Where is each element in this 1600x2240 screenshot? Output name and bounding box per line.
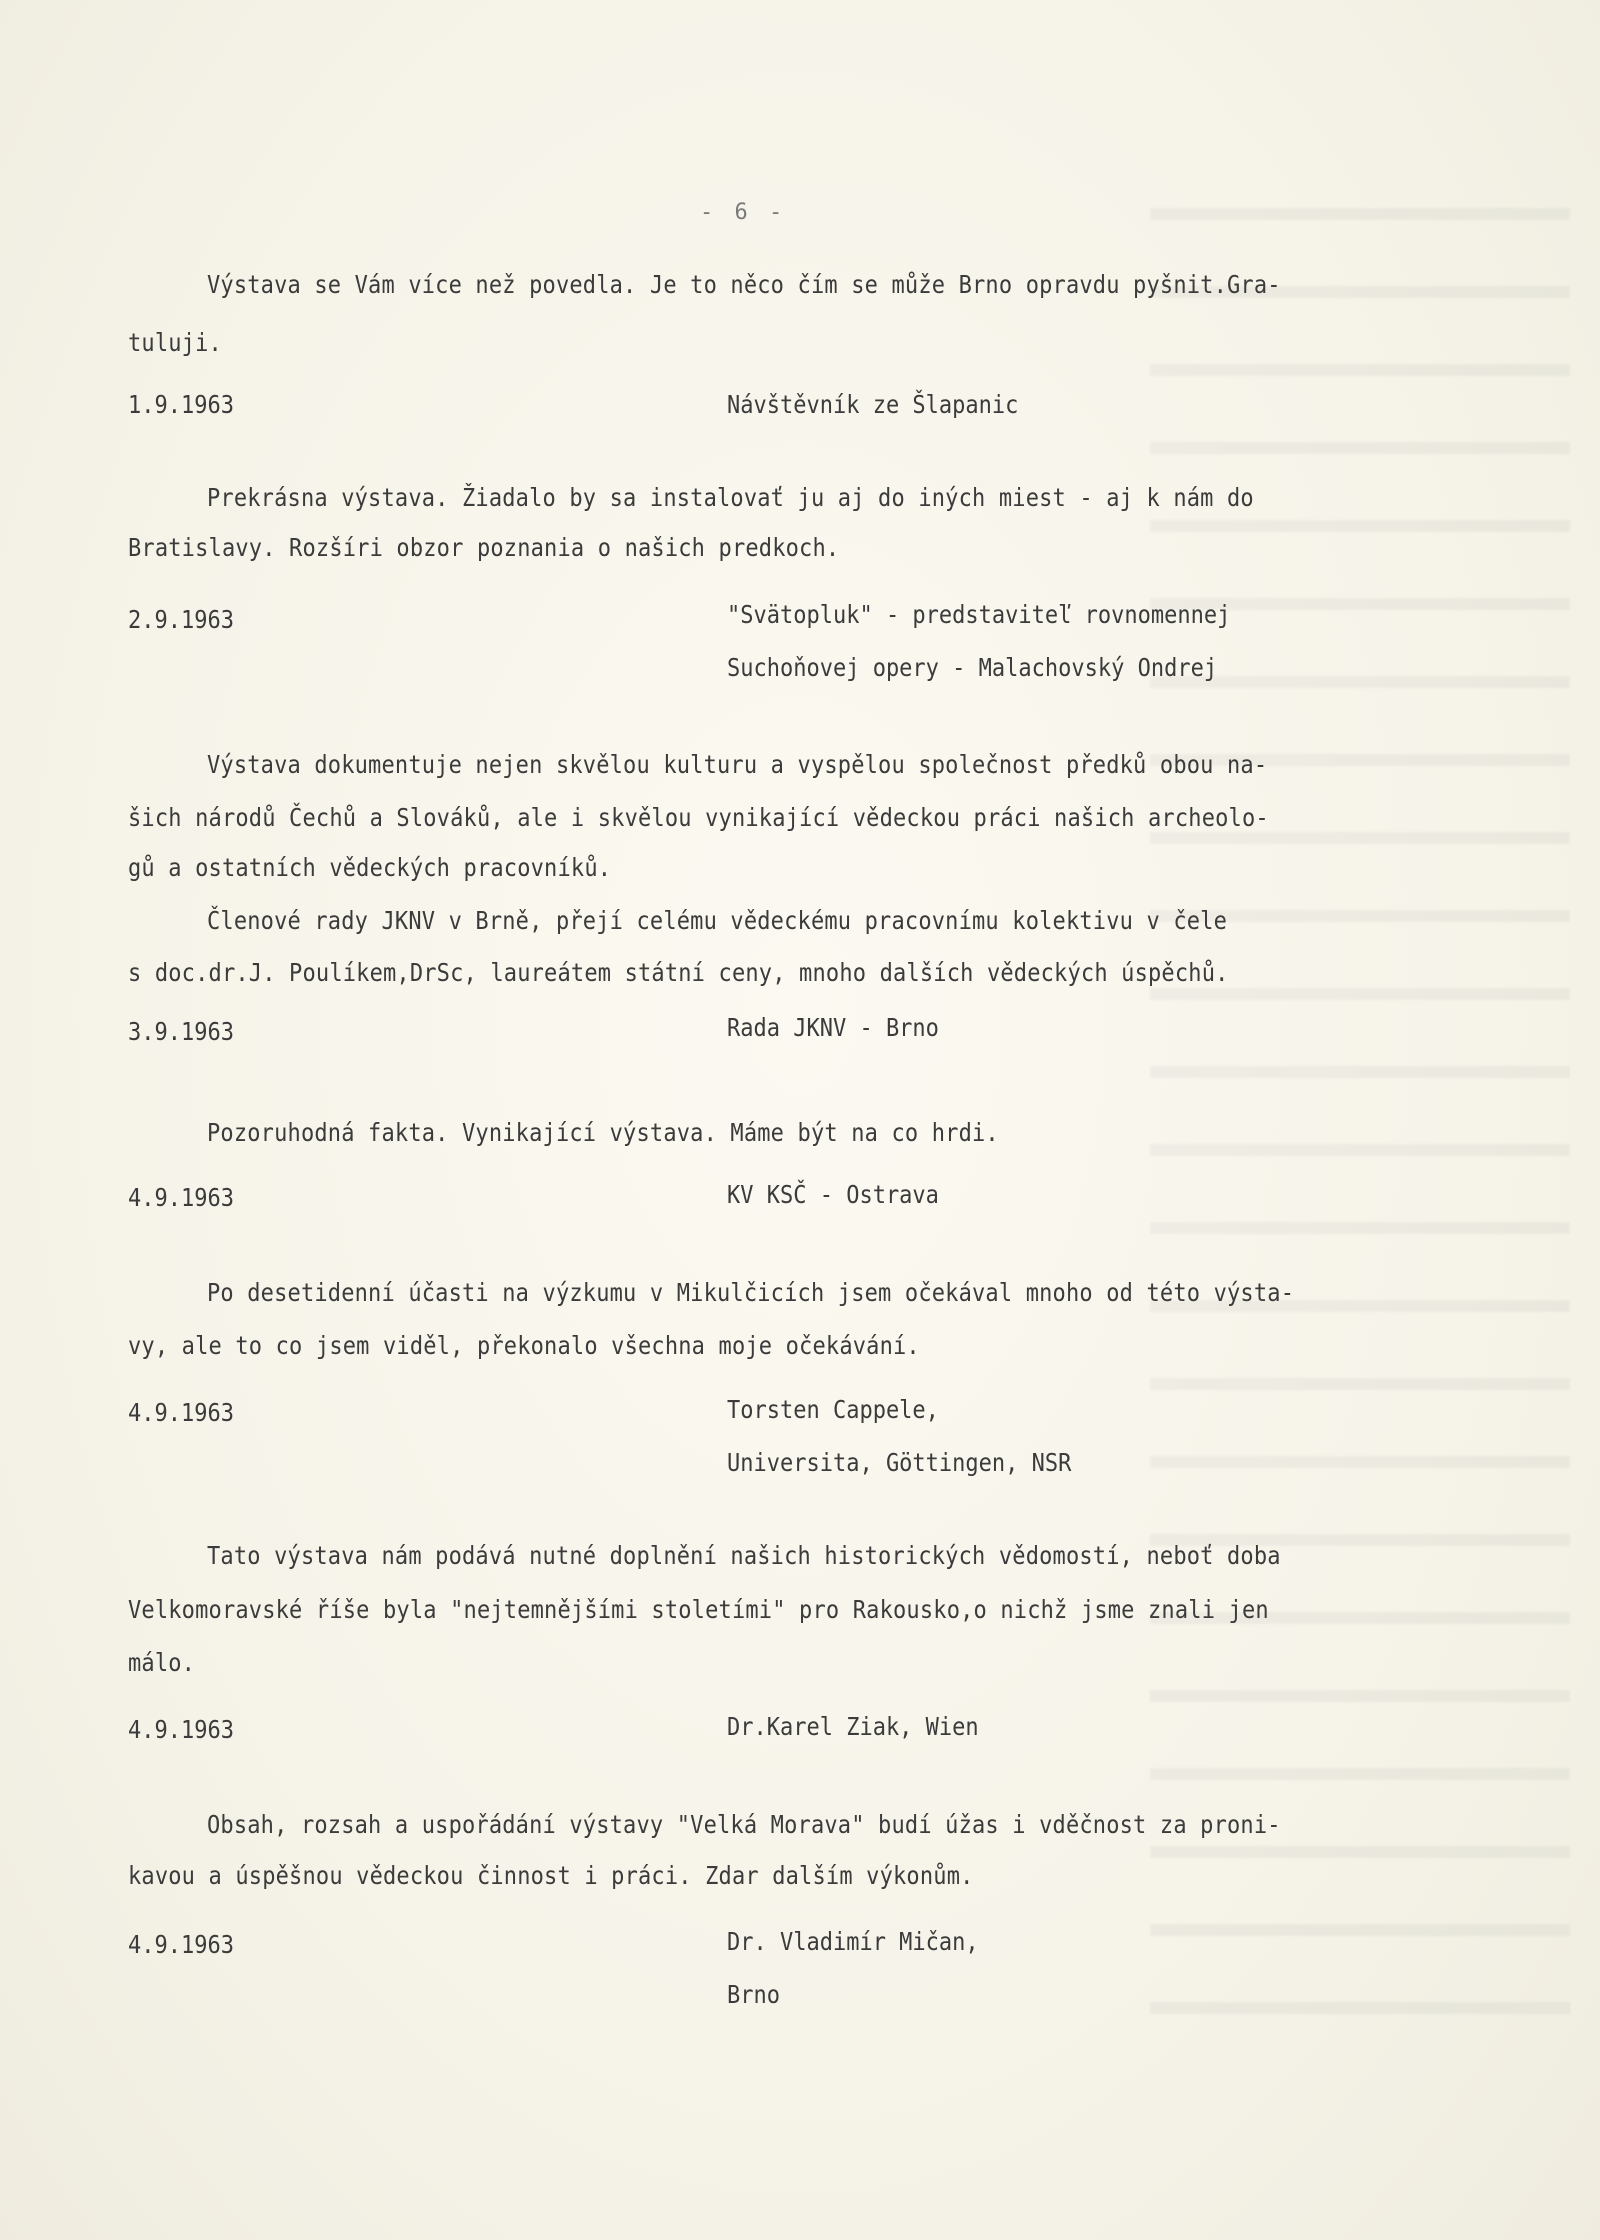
- entry-signature: Rada JKNV - Brno: [727, 1013, 939, 1042]
- entry-signature: Suchoňovej opery - Malachovský Ondrej: [727, 653, 1217, 682]
- entry-signature: Torsten Cappele,: [727, 1395, 939, 1424]
- entry-date: 4.9.1963: [128, 1183, 234, 1212]
- entry-text-line: Pozoruhodná fakta. Vynikající výstava. M…: [207, 1120, 999, 1145]
- entry-text-line: gů a ostatních vědeckých pracovníků.: [128, 855, 611, 880]
- entry-text-line: Tato výstava nám podává nutné doplnění n…: [207, 1543, 1281, 1568]
- entry-text-line: tuluji.: [128, 330, 222, 355]
- reverse-side-bleed-through: [1150, 170, 1570, 2070]
- entry-signature: "Svätopluk" - predstaviteľ rovnomennej: [727, 600, 1230, 629]
- page-number: - 6 -: [700, 200, 786, 225]
- entry-text-line: vy, ale to co jsem viděl, překonalo všec…: [128, 1333, 920, 1358]
- entry-date: 4.9.1963: [128, 1930, 234, 1959]
- entry-date: 3.9.1963: [128, 1017, 234, 1046]
- entry-signature: Brno: [727, 1980, 780, 2009]
- entry-text-line: Prekrásna výstava. Žiadalo by sa instalo…: [207, 485, 1254, 510]
- entry-text-line: kavou a úspěšnou vědeckou činnost i prác…: [128, 1863, 974, 1888]
- scanned-page: - 6 - Výstava se Vám více než povedla. J…: [0, 0, 1600, 2240]
- entry-signature: Dr.Karel Ziak, Wien: [727, 1712, 979, 1741]
- entry-text-line: Bratislavy. Rozšíri obzor poznania o naš…: [128, 535, 839, 560]
- entry-text-line: Výstava se Vám více než povedla. Je to n…: [207, 272, 1281, 297]
- entry-text-line: Výstava dokumentuje nejen skvělou kultur…: [207, 752, 1267, 777]
- entry-date: 2.9.1963: [128, 605, 234, 634]
- entry-text-line: šich národů Čechů a Slováků, ale i skvěl…: [128, 805, 1269, 830]
- entry-date: 4.9.1963: [128, 1398, 234, 1427]
- entry-text-line: Členové rady JKNV v Brně, přejí celému v…: [207, 908, 1227, 933]
- entry-signature: KV KSČ - Ostrava: [727, 1180, 939, 1209]
- entry-text-line: s doc.dr.J. Poulíkem,DrSc, laureátem stá…: [128, 960, 1229, 985]
- entry-signature: Dr. Vladimír Mičan,: [727, 1927, 979, 1956]
- entry-text-line: Po desetidenní účasti na výzkumu v Mikul…: [207, 1280, 1294, 1305]
- entry-text-line: málo.: [128, 1650, 195, 1675]
- entry-signature: Návštěvník ze Šlapanic: [727, 390, 1018, 419]
- entry-text-line: Obsah, rozsah a uspořádání výstavy "Velk…: [207, 1812, 1281, 1837]
- entry-text-line: Velkomoravské říše byla "nejtemnějšími s…: [128, 1597, 1269, 1622]
- entry-date: 4.9.1963: [128, 1715, 234, 1744]
- entry-signature: Universita, Göttingen, NSR: [727, 1448, 1071, 1477]
- entry-date: 1.9.1963: [128, 390, 234, 419]
